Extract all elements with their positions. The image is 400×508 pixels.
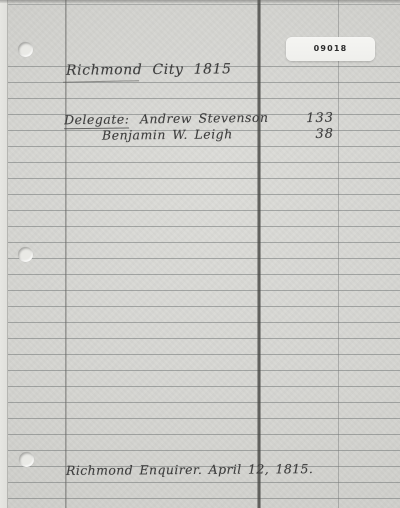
gutter-rule (257, 0, 261, 508)
vote-column-rule (338, 0, 339, 508)
vote-count: 38 (292, 127, 334, 143)
candidate-name: Benjamin W. Leigh (102, 126, 233, 142)
vote-count: 133 (292, 111, 334, 127)
page-left-edge (0, 0, 8, 508)
ledger-page: 09018 Richmond City 1815 Delegate: Andre… (0, 0, 400, 508)
page-top-edge (0, 0, 400, 3)
punch-hole-top (18, 42, 33, 57)
punch-hole-middle (18, 247, 33, 262)
tally-row: Benjamin W. Leigh (102, 126, 233, 142)
page-title: Richmond City 1815 (66, 61, 232, 78)
citation: Richmond Enquirer. April 12, 1815. (66, 461, 313, 478)
tally-row: Delegate: Andrew Stevenson (64, 110, 269, 127)
catalog-number: 09018 (286, 37, 375, 61)
punch-hole-bottom (19, 452, 34, 467)
candidate-name: Andrew Stevenson (140, 110, 269, 127)
catalog-sticker: 09018 (286, 37, 375, 61)
